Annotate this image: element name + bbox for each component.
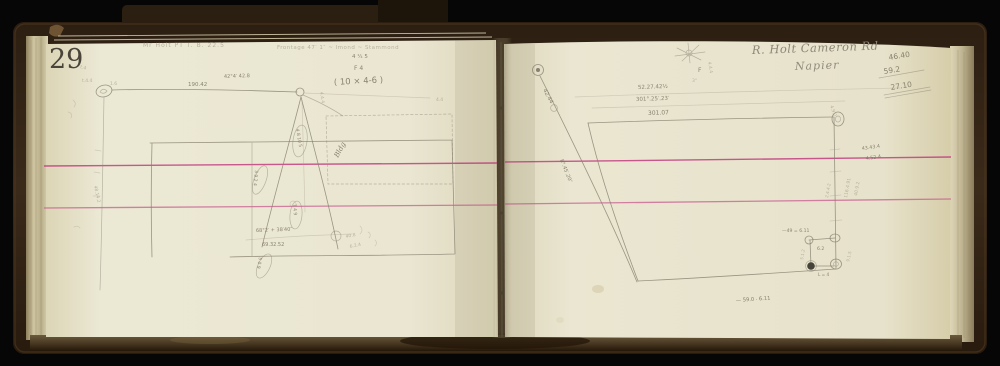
left-page-curl-shadow: [455, 40, 495, 337]
ledger-line-3: 301.07: [648, 109, 669, 117]
paper-stain-2: [556, 317, 564, 323]
page-number: 29: [49, 44, 83, 75]
photo-of-field-notebook: 29 Mr Holt PT T. B. 22.5 Frontage 47′ 1″…: [0, 0, 1000, 366]
corner-filled-dot: [807, 262, 815, 270]
right-page-curl-shadow: [505, 44, 535, 337]
degree-note: 3°: [692, 78, 697, 84]
fraction-cluster-2: F 4: [354, 65, 363, 72]
ledger-line-2: 301°.25′.23′: [636, 96, 670, 103]
header-note: Mr Holt PT T. B. 22.5: [143, 42, 225, 49]
edge-note: 4.4: [436, 97, 443, 103]
bottom-note-2: 69.32.52: [262, 242, 284, 248]
owner-town: Napier: [794, 58, 840, 73]
f-note: F: [698, 67, 702, 74]
ledger-line-1: 52.27.42½: [638, 83, 668, 91]
angle-label: 42°4′ 42.8: [224, 73, 250, 80]
rect-note-2: 6.2: [817, 246, 824, 252]
right-start-peg-center: [536, 68, 540, 72]
rect-note-1: —49 = 6.11: [782, 228, 810, 234]
page-edge-stack-left: [26, 36, 48, 340]
frontage-note: Frontage 47′ 1″ ~ Imond ~ Stammond: [277, 45, 399, 51]
bottom-edge-wear: [170, 336, 250, 344]
paper-stain-1: [592, 285, 604, 293]
tick-note-3: t.4.4: [82, 78, 92, 84]
page-right: [504, 41, 951, 339]
rect-note-3: L = 4: [818, 272, 830, 277]
tick-note-2: 1.6: [110, 81, 117, 87]
distance-label: 190.42: [188, 82, 207, 88]
figure-oval-3-text: 7 4 9: [291, 204, 298, 216]
fraction-cluster-1: 4 ¼ 5: [352, 54, 368, 60]
bottom-note-1: 68°2′ + 38′40″: [256, 227, 293, 234]
page-edge-stack-right: [950, 46, 974, 342]
